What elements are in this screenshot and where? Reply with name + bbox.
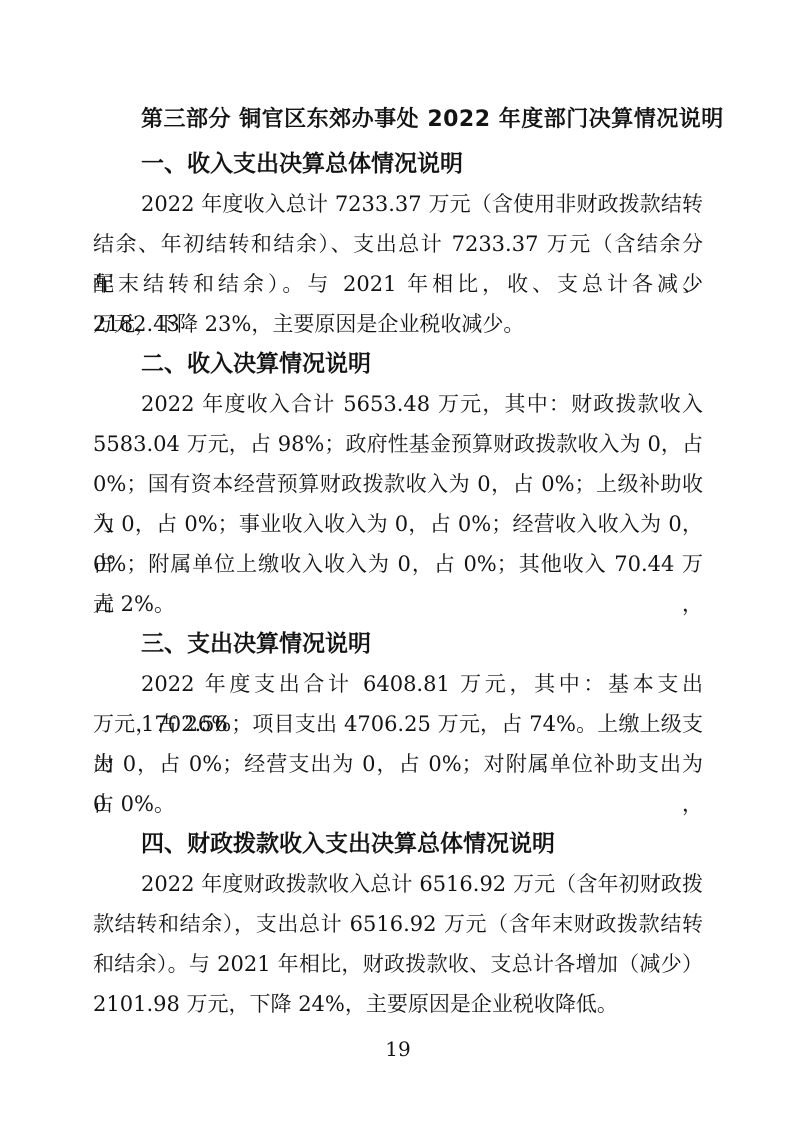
section-heading: 三、支出决算情况说明 [93, 624, 703, 664]
document-line: 0%；附属单位上缴收入收入为 0，占 0%；其他收入 70.44 万元， [93, 544, 703, 584]
document-line: 2022 年度财政拨款收入总计 6516.92 万元（含年初财政拨 [93, 864, 703, 904]
document-title: 第三部分 铜官区东郊办事处 2022 年度部门决算情况说明 [93, 96, 703, 144]
document-line: 为 0，占 0%；经营支出为 0，占 0%；对附属单位补助支出为 0， [93, 744, 703, 784]
document-line: 万元，占 26%；项目支出 4706.25 万元，占 74%。上缴上级支出 [93, 704, 703, 744]
section-heading: 四、财政拨款收入支出决算总体情况说明 [93, 824, 703, 864]
page-number: 19 [385, 1037, 410, 1061]
document-page: 第三部分 铜官区东郊办事处 2022 年度部门决算情况说明 一、收入支出决算总体… [0, 0, 793, 1122]
document-line: 万元，下降 23%，主要原因是企业税收减少。 [93, 304, 703, 344]
document-line: 0%；国有资本经营预算财政拨款收入为 0，占 0%；上级补助收入 [93, 464, 703, 504]
section-heading: 二、收入决算情况说明 [93, 344, 703, 384]
document-line: 款结转和结余），支出总计 6516.92 万元（含年末财政拨款结转 [93, 904, 703, 944]
document-line: 为 0，占 0%；事业收入收入为 0，占 0%；经营收入收入为 0，占 [93, 504, 703, 544]
document-line: 结余、年初结转和结余）、支出总计 7233.37 万元（含结余分配、 [93, 224, 703, 264]
document-line: 和结余）。与 2021 年相比，财政拨款收、支总计各增加（减少） [93, 944, 703, 984]
document-line: 2022 年度收入合计 5653.48 万元，其中：财政拨款收入 [93, 384, 703, 424]
page-footer: 19 [93, 1036, 703, 1062]
document-line: 2022 年度支出合计 6408.81 万元，其中：基本支出 1702.56 [93, 664, 703, 704]
document-line: 年末结转和结余）。与 2021 年相比，收、支总计各减少 2182.43 [93, 264, 703, 304]
document-line: 5583.04 万元，占 98%；政府性基金预算财政拨款收入为 0，占 [93, 424, 703, 464]
document-body: 第三部分 铜官区东郊办事处 2022 年度部门决算情况说明 一、收入支出决算总体… [93, 96, 703, 1024]
section-heading: 一、收入支出决算总体情况说明 [93, 144, 703, 184]
document-line: 2022 年度收入总计 7233.37 万元（含使用非财政拨款结转 [93, 184, 703, 224]
document-line: 2101.98 万元，下降 24%，主要原因是企业税收降低。 [93, 984, 703, 1024]
